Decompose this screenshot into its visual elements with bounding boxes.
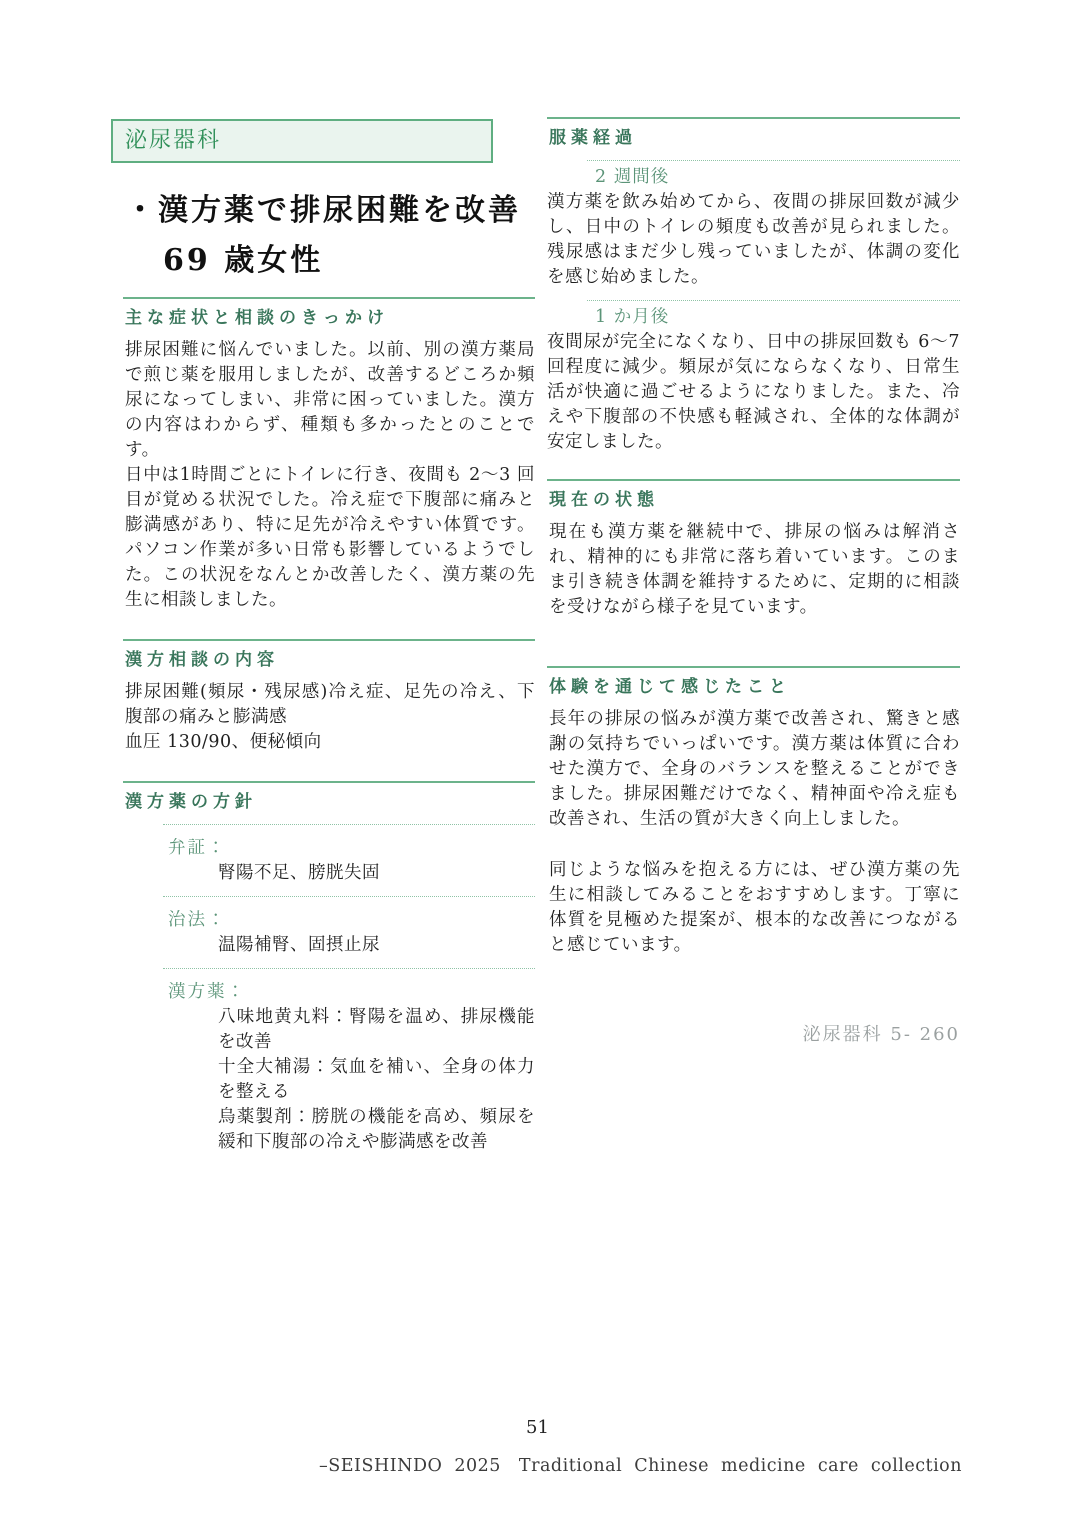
case-reference-number: 泌尿器科 5- 260	[547, 1020, 960, 1046]
policy-content-chihou: 温陽補腎、固摂止尿	[218, 933, 535, 958]
policy-label-benshou: 弁証：	[163, 836, 535, 861]
dotted-divider	[587, 160, 960, 161]
section-current-state: 現在の状態 現在も漢方薬を継続中で、排尿の悩みは解消され、精神的にも非常に落ち着…	[547, 479, 960, 666]
section-heading-symptoms: 主な症状と相談のきっかけ	[123, 299, 535, 330]
policy-item-benshou: 弁証： 腎陽不足、膀胱失固	[163, 824, 535, 886]
dotted-divider	[587, 300, 960, 301]
impressions-body-1: 長年の排尿の悩みが漢方薬で改善され、驚きと感謝の気持ちでいっぱいです。漢方薬は体…	[549, 707, 960, 832]
symptoms-body: 排尿困難に悩んでいました。以前、別の漢方薬局で煎じ薬を服用しましたが、改善するど…	[125, 338, 535, 613]
title-line-1: ・漢方薬で排尿困難を改善	[125, 186, 535, 236]
policy-label-chihou: 治法：	[163, 908, 535, 933]
section-progress: 服薬経過 2 週間後 漢方薬を飲み始めてから、夜間の排尿回数が減少し、日中のトイ…	[547, 117, 960, 479]
section-heading-current-state: 現在の状態	[547, 481, 960, 512]
section-policy: 漢方薬の方針 弁証： 腎陽不足、膀胱失固 治法： 温陽補腎、固摂止尿 漢方薬： …	[123, 781, 535, 1185]
policy-label-kampoyaku: 漢方薬：	[163, 980, 535, 1005]
title-line-2: 69 歳女性	[163, 236, 535, 286]
page-number: 51	[0, 1417, 1075, 1438]
section-heading-progress: 服薬経過	[547, 119, 960, 150]
progress-entry-1month: 1 か月後 夜間尿が完全になくなり、日中の排尿回数も 6〜7 回程度に減少。頻尿…	[547, 300, 960, 455]
current-state-body: 現在も漢方薬を継続中で、排尿の悩みは解消され、精神的にも非常に落ち着いています。…	[549, 520, 960, 620]
document-page: 泌尿器科 ・漢方薬で排尿困難を改善 69 歳女性 主な症状と相談のきっかけ 排尿…	[0, 0, 1075, 1518]
section-consultation: 漢方相談の内容 排尿困難(頻尿・残尿感)冷え症、足先の冷え、下腹部の痛みと膨満感…	[123, 639, 535, 755]
progress-label-2weeks: 2 週間後	[595, 165, 960, 190]
section-symptoms: 主な症状と相談のきっかけ 排尿困難に悩んでいました。以前、別の漢方薬局で煎じ薬を…	[123, 297, 535, 613]
policy-item-chihou: 治法： 温陽補腎、固摂止尿	[163, 896, 535, 958]
policy-content-benshou: 腎陽不足、膀胱失固	[218, 861, 535, 886]
progress-body-2weeks: 漢方薬を飲み始めてから、夜間の排尿回数が減少し、日中のトイレの頻度も改善が見られ…	[547, 190, 960, 290]
section-heading-consultation: 漢方相談の内容	[123, 641, 535, 672]
impressions-body-2: 同じような悩みを抱える方には、ぜひ漢方薬の先生に相談してみることをおすすめします…	[549, 858, 960, 958]
section-heading-impressions: 体験を通じて感じたこと	[547, 668, 960, 699]
policy-item-kampoyaku: 漢方薬： 八味地黄丸料：腎陽を温め、排尿機能を改善 十全大補湯：気血を補い、全身…	[163, 968, 535, 1155]
progress-body-1month: 夜間尿が完全になくなり、日中の排尿回数も 6〜7 回程度に減少。頻尿が気にならな…	[547, 330, 960, 455]
section-heading-policy: 漢方薬の方針	[123, 783, 535, 814]
section-impressions: 体験を通じて感じたこと 長年の排尿の悩みが漢方薬で改善され、驚きと感謝の気持ちで…	[547, 666, 960, 958]
left-column: 泌尿器科 ・漢方薬で排尿困難を改善 69 歳女性 主な症状と相談のきっかけ 排尿…	[111, 0, 535, 1185]
category-box: 泌尿器科	[111, 119, 493, 163]
policy-content-kampoyaku: 八味地黄丸料：腎陽を温め、排尿機能を改善 十全大補湯：気血を補い、全身の体力を整…	[218, 1005, 535, 1155]
right-column: 服薬経過 2 週間後 漢方薬を飲み始めてから、夜間の排尿回数が減少し、日中のトイ…	[547, 0, 960, 1046]
publisher-line: –SEISHINDO 2025 Traditional Chinese medi…	[319, 1452, 962, 1477]
document-title: ・漢方薬で排尿困難を改善 69 歳女性	[111, 186, 535, 286]
progress-entry-2weeks: 2 週間後 漢方薬を飲み始めてから、夜間の排尿回数が減少し、日中のトイレの頻度も…	[547, 160, 960, 290]
progress-label-1month: 1 か月後	[595, 305, 960, 330]
consultation-body: 排尿困難(頻尿・残尿感)冷え症、足先の冷え、下腹部の痛みと膨満感 血圧 130/…	[125, 680, 535, 755]
